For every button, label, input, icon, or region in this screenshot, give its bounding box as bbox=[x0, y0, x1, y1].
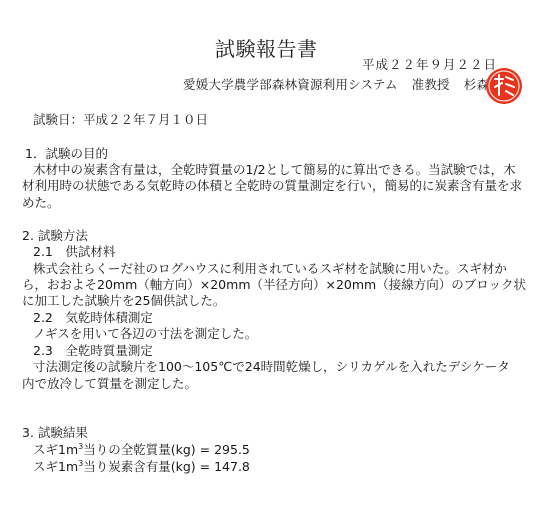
paragraph-line: に加工した試験片を25個供試した。 bbox=[22, 293, 225, 309]
report-date: 平成２２年９月２２日 bbox=[362, 55, 497, 73]
test-date: 試験日：平成２２年７月１０日 bbox=[22, 112, 208, 128]
result-label: スギ1m bbox=[33, 459, 78, 474]
position: 准教授 bbox=[412, 77, 450, 92]
subsection-heading: 2.1 供試材料 bbox=[22, 244, 115, 260]
paragraph-line: 材利用時の状態である気乾時の体積と全乾時の質量測定を行い，簡易的に炭素含有量を求 bbox=[22, 178, 522, 194]
author-line: 愛媛大学農学部森林資源利用システム准教授杉森正敏 bbox=[183, 75, 515, 93]
result-label: スギ1m bbox=[33, 442, 78, 457]
result-row: スギ1m3当り炭素含有量(kg) = 147.8 bbox=[22, 459, 250, 475]
result-row: スギ1m3当りの全乾質量(kg) = 295.5 bbox=[22, 442, 250, 458]
paragraph-line: めた。 bbox=[22, 195, 60, 211]
section-heading: 1．試験の目的 bbox=[25, 146, 108, 162]
section-heading: 2. 試験方法 bbox=[22, 228, 88, 244]
paragraph-line: ら，おおよそ20mm（軸方向）×20mm（半径方向）×20mm（接線方向）のブロ… bbox=[22, 277, 526, 293]
paragraph-line: 寸法測定後の試験片を100～105℃で24時間乾燥し，シリカゲルを入れたデシケー… bbox=[22, 359, 510, 375]
result-value: 147.8 bbox=[214, 459, 250, 474]
page-title: 試験報告書 bbox=[215, 33, 318, 62]
paragraph-line: ノギスを用いて各辺の寸法を測定した。 bbox=[22, 326, 257, 342]
paragraph-line: 内で放冷して質量を測定した。 bbox=[22, 376, 197, 392]
section-heading: 3. 試験結果 bbox=[22, 425, 88, 441]
affiliation: 愛媛大学農学部森林資源利用システム bbox=[183, 77, 398, 92]
result-label: 当りの全乾質量(kg) = bbox=[83, 442, 214, 457]
result-label: 当り炭素含有量(kg) = bbox=[83, 459, 214, 474]
result-value: 295.5 bbox=[214, 442, 250, 457]
paragraph-line: 木材中の炭素含有量は，全乾時質量の1/2として簡易的に算出できる。当試験では，木 bbox=[22, 162, 516, 178]
subsection-heading: 2.2 気乾時体積測定 bbox=[22, 310, 153, 326]
seal-stamp-icon bbox=[486, 68, 522, 104]
subsection-heading: 2.3 全乾時質量測定 bbox=[22, 343, 153, 359]
paragraph-line: 株式会社らくーだ社のログハウスに利用されているスギ材を試験に用いた。スギ材か bbox=[22, 261, 507, 277]
